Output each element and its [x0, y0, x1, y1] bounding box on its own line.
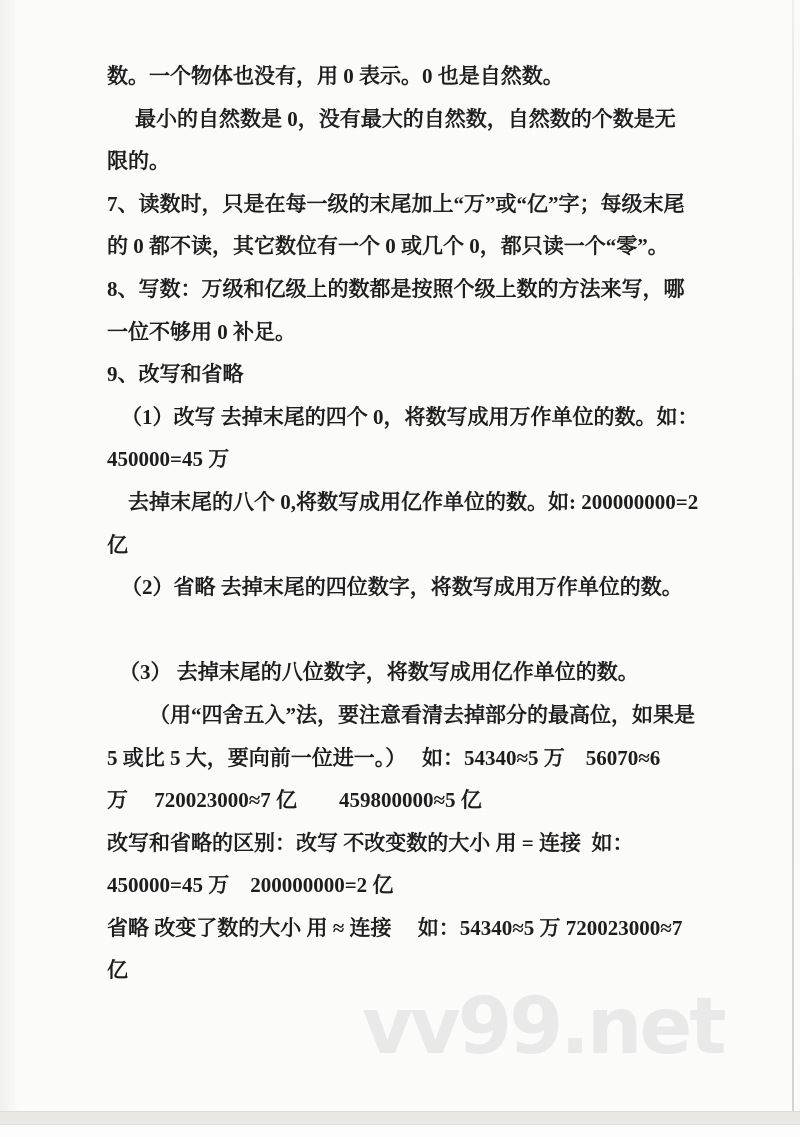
page-left-shade — [0, 0, 18, 1111]
text-line: 9、改写和省略 — [107, 353, 715, 396]
text-line: 数。一个物体也没有，用 0 表示。0 也是自然数。 — [107, 55, 715, 98]
watermark-text: vv99.net — [362, 988, 724, 1066]
text-line: 限的。 — [107, 140, 715, 183]
text-line: 最小的自然数是 0，没有最大的自然数，自然数的个数是无 — [107, 98, 715, 141]
text-line: 450000=45 万 200000000=2 亿 — [107, 864, 715, 907]
text-line: 省略 改变了数的大小 用 ≈ 连接 如：54340≈5 万 720023000≈… — [107, 907, 715, 950]
page-right-edge — [792, 0, 794, 1111]
text-line — [107, 609, 715, 652]
text-line: 7、读数时，只是在每一级的末尾加上“万”或“亿”字；每级末尾 — [107, 183, 715, 226]
text-line: 5 或比 5 大，要向前一位进一。） 如：54340≈5 万 56070≈6 — [107, 737, 715, 780]
text-line: 改写和省略的区别：改写 不改变数的大小 用 = 连接 如： — [107, 822, 715, 865]
text-line: 万 720023000≈7 亿 459800000≈5 亿 — [107, 779, 715, 822]
document-text-block: 数。一个物体也没有，用 0 表示。0 也是自然数。最小的自然数是 0，没有最大的… — [107, 55, 715, 992]
text-line: （3） 去掉末尾的八位数字，将数写成用亿作单位的数。 — [107, 651, 715, 694]
text-line: 450000=45 万 — [107, 438, 715, 481]
page-separator-band — [0, 1111, 800, 1125]
text-line: （1）改写 去掉末尾的四个 0，将数写成用万作单位的数。如： — [107, 396, 715, 439]
text-line: 一位不够用 0 补足。 — [107, 311, 715, 354]
text-line: 的 0 都不读，其它数位有一个 0 或几个 0，都只读一个“零”。 — [107, 225, 715, 268]
text-line: 8、写数：万级和亿级上的数都是按照个级上数的方法来写，哪 — [107, 268, 715, 311]
text-line: 亿 — [107, 524, 715, 567]
text-line: 去掉末尾的八个 0,将数写成用亿作单位的数。如: 200000000=2 — [107, 481, 715, 524]
text-line: （2）省略 去掉末尾的四位数字，将数写成用万作单位的数。 — [107, 566, 715, 609]
next-page-top-edge — [0, 1126, 800, 1137]
text-line: （用“四舍五入”法，要注意看清去掉部分的最高位，如果是 — [107, 694, 715, 737]
document-page: 数。一个物体也没有，用 0 表示。0 也是自然数。最小的自然数是 0，没有最大的… — [0, 0, 800, 1111]
